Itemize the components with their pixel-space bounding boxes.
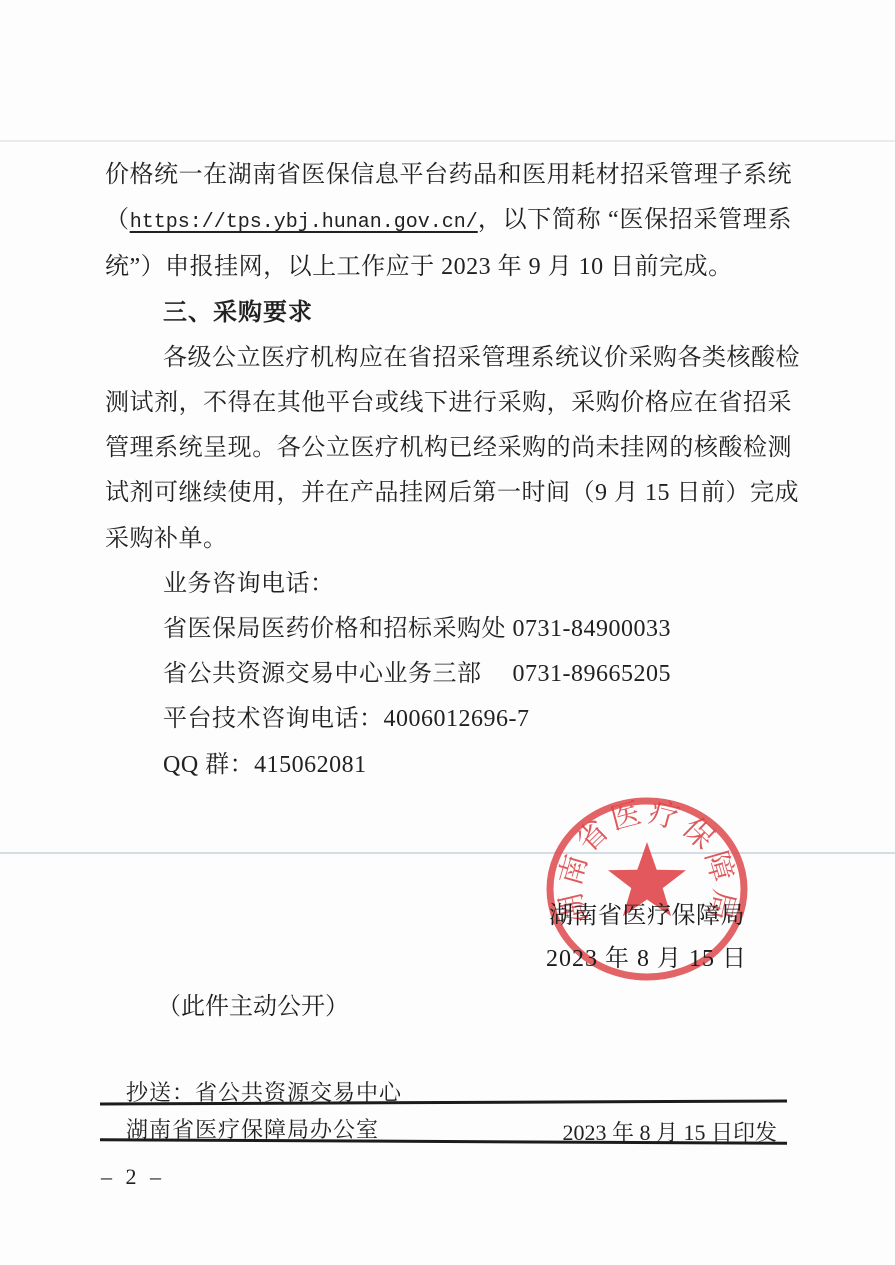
body-line: 各级公立医疗机构应在省招采管理系统议价采购各类核酸检 — [105, 336, 792, 381]
body-line: 管理系统呈现。各公立医疗机构已经采购的尚未挂网的核酸检测 — [105, 426, 792, 471]
scan-artifact-line-top — [0, 140, 895, 142]
signature-organization: 湖南省医疗保障局 — [549, 895, 745, 930]
body-line: 统”）申报挂网，以上工作应于 2023 年 9 月 10 日前完成。 — [105, 245, 792, 290]
section-heading: 三、采购要求 — [105, 291, 792, 336]
contact-line: 省公共资源交易中心业务三部 0731-89665205 — [105, 652, 792, 697]
body-line-text: ，以下简称 “医保招采管理系 — [478, 207, 792, 233]
scanned-document-page: 价格统一在湖南省医保信息平台药品和医用耗材招采管理子系统 （https://tp… — [0, 0, 895, 1265]
page-number: – 2 – — [101, 1164, 165, 1190]
open-paren: （ — [105, 207, 130, 233]
disclosure-note: （此件主动公开） — [157, 986, 349, 1021]
document-body: 价格统一在湖南省医保信息平台药品和医用耗材招采管理子系统 （https://tp… — [105, 153, 792, 788]
contact-heading: 业务咨询电话： — [105, 562, 792, 607]
body-line: （https://tps.ybj.hunan.gov.cn/，以下简称 “医保招… — [105, 198, 792, 245]
contact-line: 省医保局医药价格和招标采购处 0731-84900033 — [105, 607, 792, 652]
body-line: 测试剂，不得在其他平台或线下进行采购，采购价格应在省招采 — [105, 381, 792, 426]
body-line: 价格统一在湖南省医保信息平台药品和医用耗材招采管理子系统 — [105, 153, 792, 198]
platform-url-text: https://tps.ybj.hunan.gov.cn/ — [130, 211, 478, 234]
body-line: 试剂可继续使用，并在产品挂网后第一时间（9 月 15 日前）完成 — [105, 471, 792, 516]
signature-date: 2023 年 8 月 15 日 — [546, 938, 747, 973]
body-line: 采购补单。 — [105, 517, 792, 562]
contact-line: 平台技术咨询电话：4006012696-7 — [105, 697, 792, 742]
